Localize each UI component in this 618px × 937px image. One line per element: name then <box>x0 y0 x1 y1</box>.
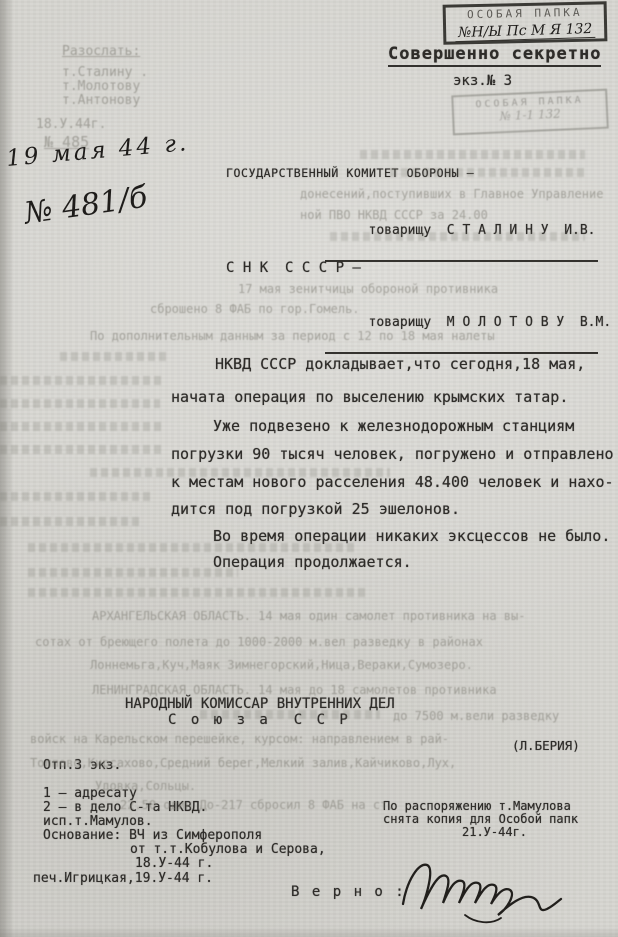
distribution-title: Разослать: <box>62 44 140 59</box>
body-line: дится под погрузкой 25 эшелонов. <box>171 500 460 518</box>
bleedthrough-text: до 7500 м.вели разведку <box>393 709 559 723</box>
bleedthrough-text: 22.50 один До-217 сбросил 8 ФАБ на ст. <box>120 798 395 812</box>
note-order-date: 21.У-44г. <box>462 825 527 839</box>
bleedthrough-stripe <box>390 168 585 177</box>
bleedthrough-text: донесений,поступивших в Главное Управлен… <box>300 187 603 201</box>
bleedthrough-stripe <box>0 492 150 501</box>
bleedthrough-text: войск на Карельском перешейке, курсом: н… <box>30 732 449 746</box>
document-scan: Разослать: т.Сталину . т.Молотову т.Анто… <box>0 0 618 937</box>
distribution-item: т.Молотову <box>62 79 140 94</box>
registry-date-faint: 18.У.44г. <box>36 117 106 132</box>
bleedthrough-stripe <box>0 517 140 526</box>
scan-edge-shadow <box>0 0 14 937</box>
bleedthrough-text: Удовка,Сольцы. <box>95 779 196 793</box>
handwritten-number: № 481/б <box>22 180 149 232</box>
distribution-item: т.Антонову <box>62 93 140 108</box>
note-basis-date: 18.У-44 г. <box>135 856 213 871</box>
bleedthrough-text: 17 мая зенитчицы обороной противника <box>238 282 498 296</box>
note-executor: исп.т.Мамулов. <box>43 814 153 829</box>
bleedthrough-text: ной ПВО НКВД СССР за 24.00 <box>300 208 488 222</box>
stamp-title: ОСОБАЯ ПАПКА <box>446 5 604 21</box>
bleedthrough-text: сброшено 8 ФАБ по гор.Гомель. <box>150 302 360 316</box>
distribution-item: т.Сталину . <box>62 65 148 80</box>
bleedthrough-text: АРХАНГЕЛЬСКАЯ ОБЛАСТЬ. 14 мая один самол… <box>92 609 525 623</box>
bleedthrough-stripe <box>60 352 170 361</box>
body-line: начата операция по выселению крымских та… <box>171 388 568 406</box>
body-line: НКВД СССР докладывает,что сегодня,18 мая… <box>215 355 585 373</box>
body-line: Операция продолжается. <box>213 553 412 571</box>
bleedthrough-text: Лоннемьга,Куч,Маяк Зимнегорский,Ница,Вер… <box>90 658 473 672</box>
certified-label: В е р н о : <box>291 884 406 900</box>
body-line: погрузки 90 тысяч человек, погружено и о… <box>171 445 614 463</box>
bleedthrough-stripe <box>360 150 585 159</box>
scan-edge-shadow-bottom <box>0 927 618 937</box>
bleedthrough-stripe <box>0 422 162 431</box>
bleedthrough-text: По дополнительным данным за период с 12 … <box>90 329 495 343</box>
bleedthrough-stripe <box>0 399 160 408</box>
classification-label: Совершенно секретно <box>388 44 601 67</box>
addressee-snk: С Н К С С С Р – <box>226 260 361 276</box>
bleedthrough-text: ЛЕНИНГРАДСКАЯ ОБЛАСТЬ. 14 мая до 18 само… <box>92 683 497 697</box>
special-folder-stamp: ОСОБАЯ ПАПКА №Н/Ы Пс М Я 132 <box>443 1 608 44</box>
beria-name: (Л.БЕРИЯ) <box>512 738 580 753</box>
bleedthrough-stripe <box>0 376 165 385</box>
certifier-signature <box>395 852 570 927</box>
bleedthrough-text: сотах от бреющего полета до 1000-2000 м.… <box>35 635 483 649</box>
body-line: Уже подвезено к железнодорожным станциям <box>213 417 574 435</box>
bleedthrough-stripe <box>200 710 380 719</box>
handwritten-date: 19 мая 44 г. <box>5 130 190 172</box>
bleedthrough-stripe <box>90 468 390 477</box>
copy-number: экз.№ 3 <box>453 73 512 89</box>
note-typist: печ.Игрицкая,19.У-44 г. <box>33 871 213 886</box>
note-basis: Основание: ВЧ из Симферополя <box>43 828 262 843</box>
note-order2: снята копия для Особой папк <box>383 812 578 826</box>
bleedthrough-stripe <box>330 232 585 241</box>
stamp-handwritten-number: №Н/Ы Пс М Я 132 <box>455 22 596 42</box>
bleedthrough-stripe <box>0 445 165 454</box>
ghost-stamp-box: ОСОБАЯ ПАПКА № 1-1 132 <box>451 89 609 136</box>
bleedthrough-stripe <box>28 568 238 577</box>
bleedthrough-stripe <box>28 543 358 552</box>
bleedthrough-stripe <box>28 588 368 597</box>
note-basis2: от т.т.Кобулова и Серова, <box>130 842 326 857</box>
note-order: По распоряжению т.Мамулова <box>383 799 571 813</box>
addressee-molotov: товарищу М О Л О Т О В У В.М. <box>364 315 612 330</box>
bleedthrough-text: Толпово,Кирсахово,Средний берег,Мелкий з… <box>30 756 456 770</box>
